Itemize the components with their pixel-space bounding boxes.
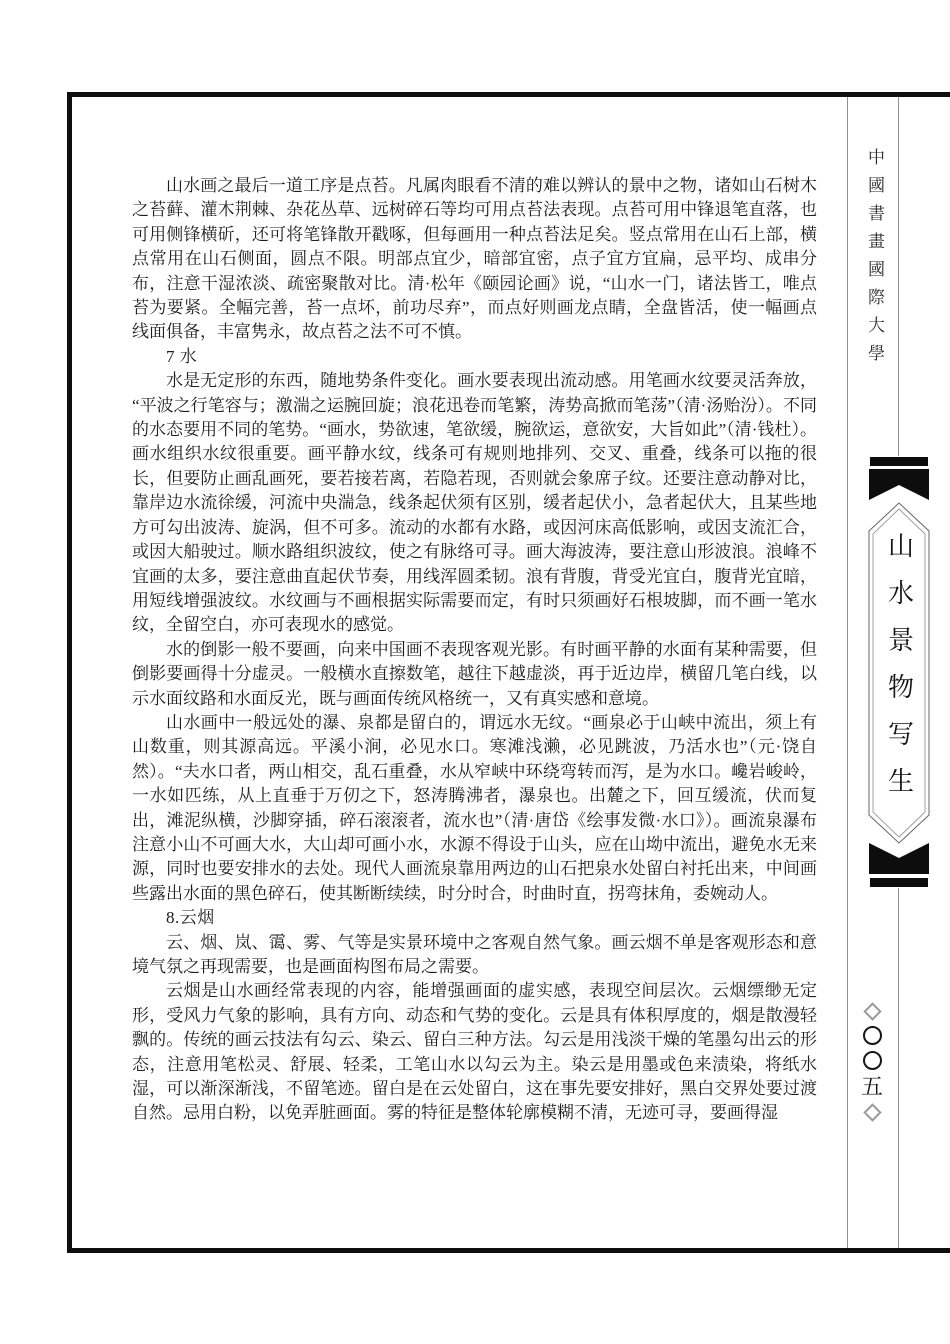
paragraph-dotting-moss: 山水画之最后一道工序是点苔。凡属肉眼看不清的难以辨认的景中之物，诸如山石树木之苔… [132, 174, 817, 345]
page-number-char: 五 [861, 1074, 883, 1100]
main-text: 山水画之最后一道工序是点苔。凡属肉眼看不清的难以辨认的景中之物，诸如山石树木之苔… [132, 174, 817, 1126]
zero-circle-glyph [863, 1051, 882, 1070]
paragraph-water-reflection: 水的倒影一般不要画，向来中国画不表现客观光影。有时画平静的水面有某种需要，但倒影… [132, 638, 817, 711]
paragraph-waterfalls-springs: 山水画中一般远处的瀑、泉都是留白的，谓远水无纹。“画泉必于山峡中流出，须上有山数… [132, 711, 817, 906]
diamond-icon [863, 1002, 881, 1020]
page-frame-bottom [67, 1248, 950, 1253]
page-frame-top [67, 92, 950, 97]
sidebar-rule-left [847, 97, 848, 1248]
zero-circle-glyph [863, 1026, 882, 1045]
series-title: 山水景物写生 [881, 532, 918, 814]
section-heading-water: 7 水 [132, 345, 817, 369]
university-title-vertical: 中國書畫國際大學 [862, 148, 887, 388]
paragraph-cloud-phenomena: 云、烟、岚、霭、雾、气等是实景环境中之客观自然气象。画云烟不单是客观形态和意境气… [132, 931, 817, 980]
section-heading-clouds-mist: 8.云烟 [132, 906, 817, 930]
sidebar-rule-right-lower [898, 888, 899, 1248]
diamond-icon [863, 1103, 881, 1121]
sidebar-rule-right-upper [898, 97, 899, 456]
series-title-banner: 山水景物写生 [868, 456, 930, 888]
page-number: 五 [851, 1000, 893, 1124]
book-page: 山水画之最后一道工序是点苔。凡属肉眼看不清的难以辨认的景中之物，诸如山石树木之苔… [0, 0, 950, 1344]
paragraph-cloud-techniques: 云烟是山水画经常表现的内容，能增强画面的虚实感，表现空间层次。云烟缥缈无定形，受… [132, 979, 817, 1125]
page-frame-left [67, 92, 72, 1253]
paragraph-water-strokes: 水是无定形的东西，随地势条件变化。画水要表现出流动感。用笔画水纹要灵活奔放，“平… [132, 369, 817, 637]
